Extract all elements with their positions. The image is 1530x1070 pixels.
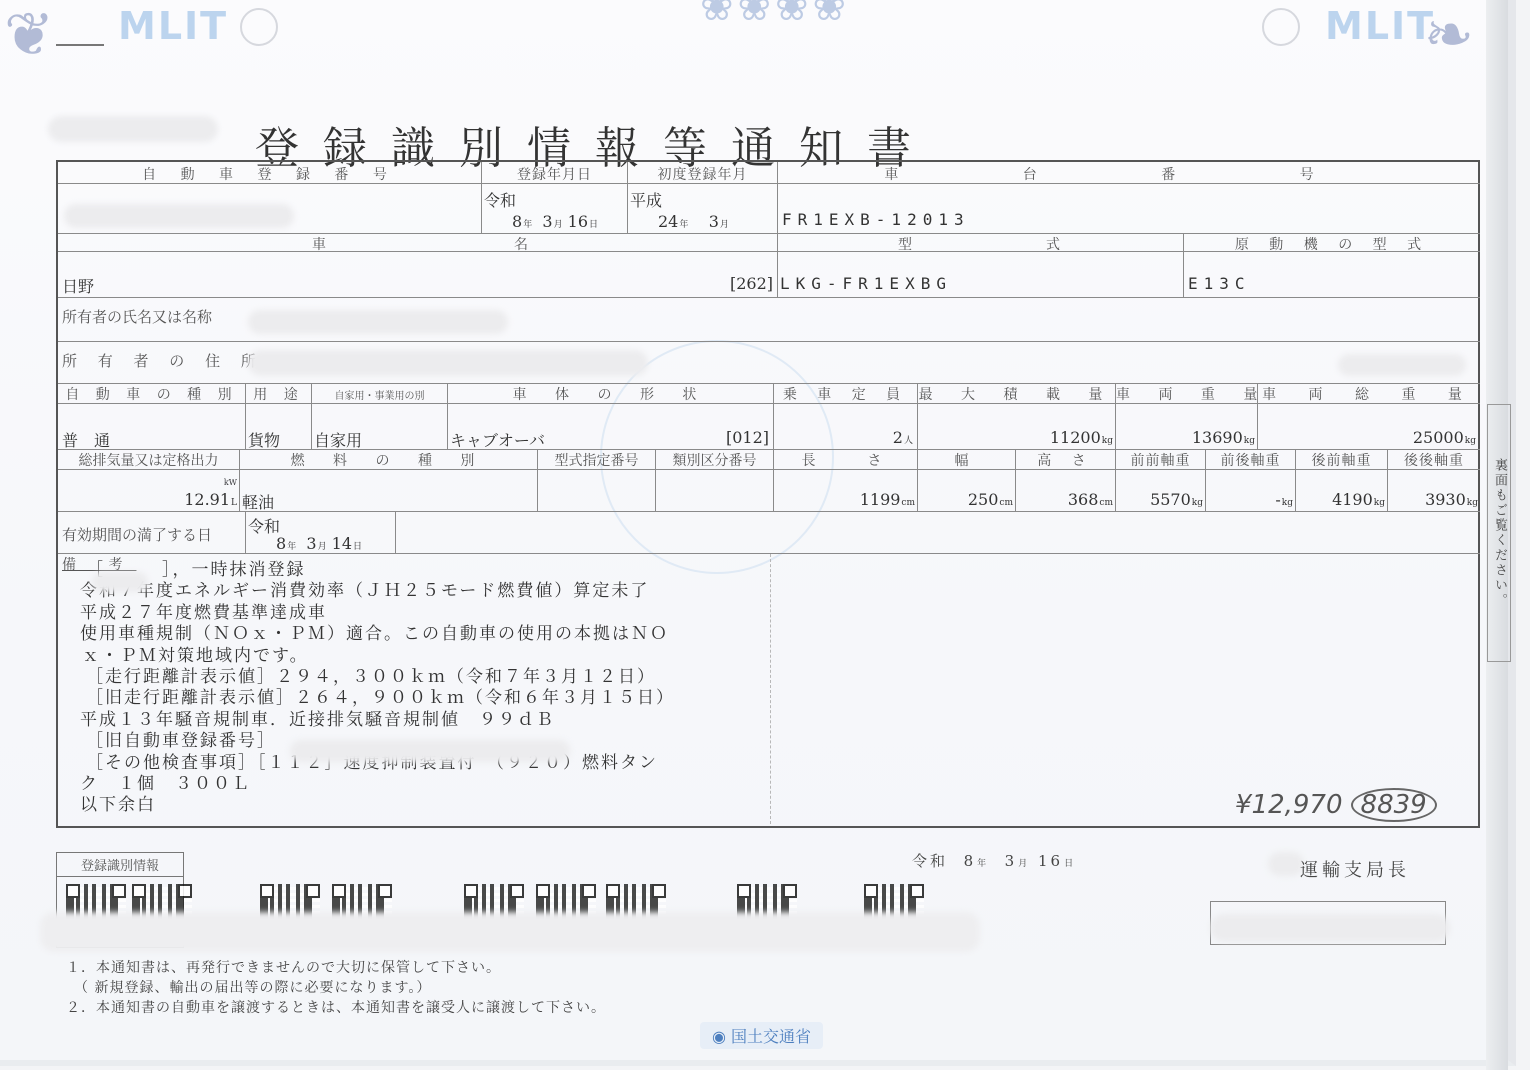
fuel-type-cell: 軽油 [240,470,538,512]
registration-table: 自 動 車 登 録 番 号 登録年月日 初度登録年月 車 台 番 号 令和 8年… [56,160,1480,828]
era: 平成 [630,188,662,211]
redaction [248,350,648,376]
car-name-label: 車 [312,234,326,254]
usage-value: 貨物 [248,428,280,451]
header-cell: 高 さ [1016,450,1116,470]
rr-axle-value: 3930kg [1425,490,1478,509]
header-cell: 車 両 総 重 量 [1258,384,1480,404]
owner-name-label: 所有者の氏名又は名称 [62,306,212,327]
width-value: 250cm [968,490,1013,509]
height-cell: 368cm [1016,470,1116,512]
width-cell: 250cm [918,470,1016,512]
vehicle-type-label: 自 動 車 の 種 別 [58,384,245,404]
handwritten-amount: ¥12,970 [1235,790,1343,820]
first-registration-cell: 平成 24年 3月 [628,184,778,234]
remarks-line: 平成１３年騒音規制車．近接排気騒音規制値 ９９ｄＢ [80,710,675,731]
header-cell: 車 台 番 号 [778,162,1480,184]
registration-number-value [58,184,482,234]
header-cell: 類別区分番号 [656,450,774,470]
header-cell: 最 大 積 載 量 [918,384,1116,404]
body-shape-cell: キャブオーバ [012] [448,404,774,450]
capacity-value: 2人 [893,428,913,447]
fr-axle-cell: -kg [1206,470,1296,512]
max-load-label: 最 大 積 載 量 [918,384,1115,404]
see-reverse-note: 裏面もご覧ください。 [1487,404,1511,662]
body-shape-code: [012] [726,428,769,447]
header-cell: 自 動 車 登 録 番 号 [58,162,482,184]
issuer: 運輸支局長 [1300,856,1410,882]
seal-icon [240,8,278,46]
redaction [48,116,218,142]
rf-axle-value: 4190kg [1332,490,1385,509]
chassis-number-value: FR1EXB-12013 [782,210,970,229]
vehicle-type-value: 普 通 [62,428,110,451]
header-cell: 前後軸重 [1206,450,1296,470]
header-cell: 長 さ [774,450,918,470]
owner-address-row: 所 有 者 の 住 所 [58,342,1480,384]
seal-icon [1262,8,1300,46]
rr-axle-cell: 3930kg [1388,470,1480,512]
qr-box-label: 登録識別情報 [57,853,183,877]
type-designation-label: 型式指定番号 [538,450,655,470]
header-cell: 初度登録年月 [628,162,778,184]
ff-axle-value: 5570kg [1150,490,1203,509]
body-shape-value: キャブオーバ [450,428,545,451]
divider [56,44,104,46]
header-cell: 車 両 重 量 [1116,384,1258,404]
expiry-label: 有効期間の満了する日 [62,524,212,545]
header-cell: 車 名 [58,234,778,252]
redaction [64,204,294,228]
remarks-text: ［ ］，一時抹消登録令和７年度エネルギー消費効率（ＪＨ２５モード燃費値）算定未了… [80,560,675,817]
displacement-unit-alt: kW [224,478,237,487]
category-number-label: 類別区分番号 [656,450,773,470]
remarks-line: ｘ・ＰＭ対策地域内です。 [80,646,675,667]
remarks-line: 平成２７年度燃費基準達成車 [80,603,675,624]
displacement-cell: kW 12.91L [58,470,240,512]
header-cell: 登録年月日 [482,162,628,184]
header-cell: 用 途 [246,384,312,404]
mlit-logo: MLIT [118,4,228,48]
model-value: LKG-FR1EXBG [780,274,952,293]
remarks-line: ［旧走行距離計表示値］２６４，９００ｋｍ（令和６年３月１５日） [80,688,675,709]
blank-cell [396,512,1480,554]
private-business-value: 自家用 [314,428,362,451]
footer-note: １．本通知書は、再発行できませんので大切に保管して下さい。 [66,958,606,978]
gross-weight-cell: 25000kg [1258,404,1480,450]
remarks-line: ク １個 ３００Ｌ [80,774,675,795]
rr-axle-label: 後後軸重 [1388,450,1480,470]
model-label: 式 [1046,234,1060,254]
footer-note: ２．本通知書の自動車を譲渡するときは、本通知書を譲受人に譲渡して下さい。 [66,998,606,1018]
registration-date-value: 8年 3月 16日 [512,212,598,231]
remarks-line: 令和７年度エネルギー消費効率（ＪＨ２５モード燃費値）算定未了 [80,581,675,602]
private-business-label: 自家用・事業用の別 [312,384,447,402]
car-name-cell: 日野 [262] [58,252,778,298]
redaction [248,310,508,334]
redaction [92,572,148,592]
header-cell: 車 体 の 形 状 [448,384,774,404]
engine-model-label: 原 動 機 の 型 式 [1184,234,1480,254]
expiry-cell: 令和 8年 3月 14日 [246,512,396,554]
car-name-value: 日野 [62,274,94,297]
header-cell: 原 動 機 の 型 式 [1184,234,1480,252]
chassis-number-label: 車 台 番 号 [778,162,1480,184]
first-registration-label: 初度登録年月 [628,162,777,184]
vehicle-weight-cell: 13690kg [1116,404,1258,450]
body-shape-label: 車 体 の 形 状 [448,384,773,404]
displacement-label: 総排気量又は定格出力 [58,450,239,470]
redaction [290,740,570,762]
footer-note: （ 新規登録、輸出の届出等の際に必要になります。） [66,978,606,998]
mlit-logo: MLIT [1325,4,1435,48]
private-business-cell: 自家用 [312,404,448,450]
remarks-line: 以下余白 [80,795,675,816]
redaction [1210,914,1450,942]
length-cell: 1199cm [774,470,918,512]
redaction [40,912,980,952]
usage-label: 用 途 [246,384,311,404]
model-cell: LKG-FR1EXBG [778,252,1184,298]
category-number-cell [656,470,774,512]
handwritten-note: ¥12,9708839 [1235,788,1437,822]
ministry-icon: ◉ [712,1027,731,1046]
redaction [1338,354,1466,376]
engine-model-value: E13C [1188,274,1251,293]
handwritten-circled-number: 8839 [1351,788,1437,822]
gross-weight-value: 25000kg [1413,428,1476,447]
header-cell: 自 動 車 の 種 別 [58,384,246,404]
capacity-label: 乗 車 定 員 [774,384,917,404]
length-value: 1199cm [860,490,915,509]
ministry-logo: ◉ 国土交通省 [700,1022,823,1049]
header-cell: 自家用・事業用の別 [312,384,448,404]
header-cell: 乗 車 定 員 [774,384,918,404]
gross-weight-label: 車 両 総 重 量 [1258,384,1480,404]
registration-notice-document: ❦ ❧ ❀❀❀❀ MLIT MLIT 登録識別情報等通知書 自 動 車 登 録 … [0,0,1516,1066]
model-label: 型 [898,234,912,254]
header-cell: 総排気量又は定格出力 [58,450,240,470]
ff-axle-cell: 5570kg [1116,470,1206,512]
registration-number-label: 自 動 車 登 録 番 号 [58,162,481,184]
vehicle-weight-label: 車 両 重 量 [1116,384,1257,404]
owner-address-label: 所 有 者 の 住 所 [62,350,264,371]
width-label: 幅 [918,450,1015,470]
fr-axle-label: 前後軸重 [1206,450,1295,470]
fuel-type-value: 軽油 [242,490,274,513]
footer-notes: １．本通知書は、再発行できませんので大切に保管して下さい。 （ 新規登録、輸出の… [66,958,606,1018]
vehicle-weight-value: 13690kg [1192,428,1255,447]
rf-axle-cell: 4190kg [1296,470,1388,512]
car-name-label: 名 [514,234,528,254]
displacement-value: 12.91L [184,490,237,509]
header-cell: 燃 料 の 種 別 [240,450,538,470]
engine-model-cell: E13C [1184,252,1480,298]
capacity-cell: 2人 [774,404,918,450]
divider [770,554,771,824]
registration-date-label: 登録年月日 [482,162,627,184]
ff-axle-label: 前前軸重 [1116,450,1205,470]
type-designation-cell [538,470,656,512]
max-load-value: 11200kg [1050,428,1113,447]
height-value: 368cm [1068,490,1113,509]
registration-date-cell: 令和 8年 3月 16日 [482,184,628,234]
chassis-number-cell: FR1EXB-12013 [778,184,1480,234]
header-cell: 前前軸重 [1116,450,1206,470]
header-cell: 幅 [918,450,1016,470]
car-name-code: [262] [730,274,773,293]
remarks-line: ［ ］，一時抹消登録 [80,560,675,581]
vehicle-type-cell: 普 通 [58,404,246,450]
redaction [1268,852,1304,876]
era: 令和 [484,188,516,211]
header-cell: 後後軸重 [1388,450,1480,470]
expiry-value: 8年 3月 14日 [276,534,362,553]
header-cell: 型 式 [778,234,1184,252]
max-load-cell: 11200kg [918,404,1116,450]
owner-name-row: 所有者の氏名又は名称 [58,298,1480,342]
fr-axle-value: -kg [1275,490,1293,509]
length-label: 長 さ [774,450,917,470]
rf-axle-label: 後前軸重 [1296,450,1387,470]
height-label: 高 さ [1016,450,1115,470]
first-registration-value: 24年 3月 [658,212,729,231]
remarks-line: ［走行距離計表示値］２９４，３００ｋｍ（令和７年３月１２日） [80,667,675,688]
header-cell: 型式指定番号 [538,450,656,470]
header-cell: 後前軸重 [1296,450,1388,470]
usage-cell: 貨物 [246,404,312,450]
fuel-type-label: 燃 料 の 種 別 [240,450,537,470]
remarks-line: 使用車種規制（ＮＯｘ・ＰＭ）適合。この自動車の使用の本拠はＮＯ [80,624,675,645]
issue-date: 令和 8年 3月 16日 [912,850,1076,871]
ornament-top-center-icon: ❀❀❀❀ [700,0,850,30]
expiry-label-cell: 有効期間の満了する日 [58,512,246,554]
ornament-top-left-icon: ❦ [4,0,54,70]
